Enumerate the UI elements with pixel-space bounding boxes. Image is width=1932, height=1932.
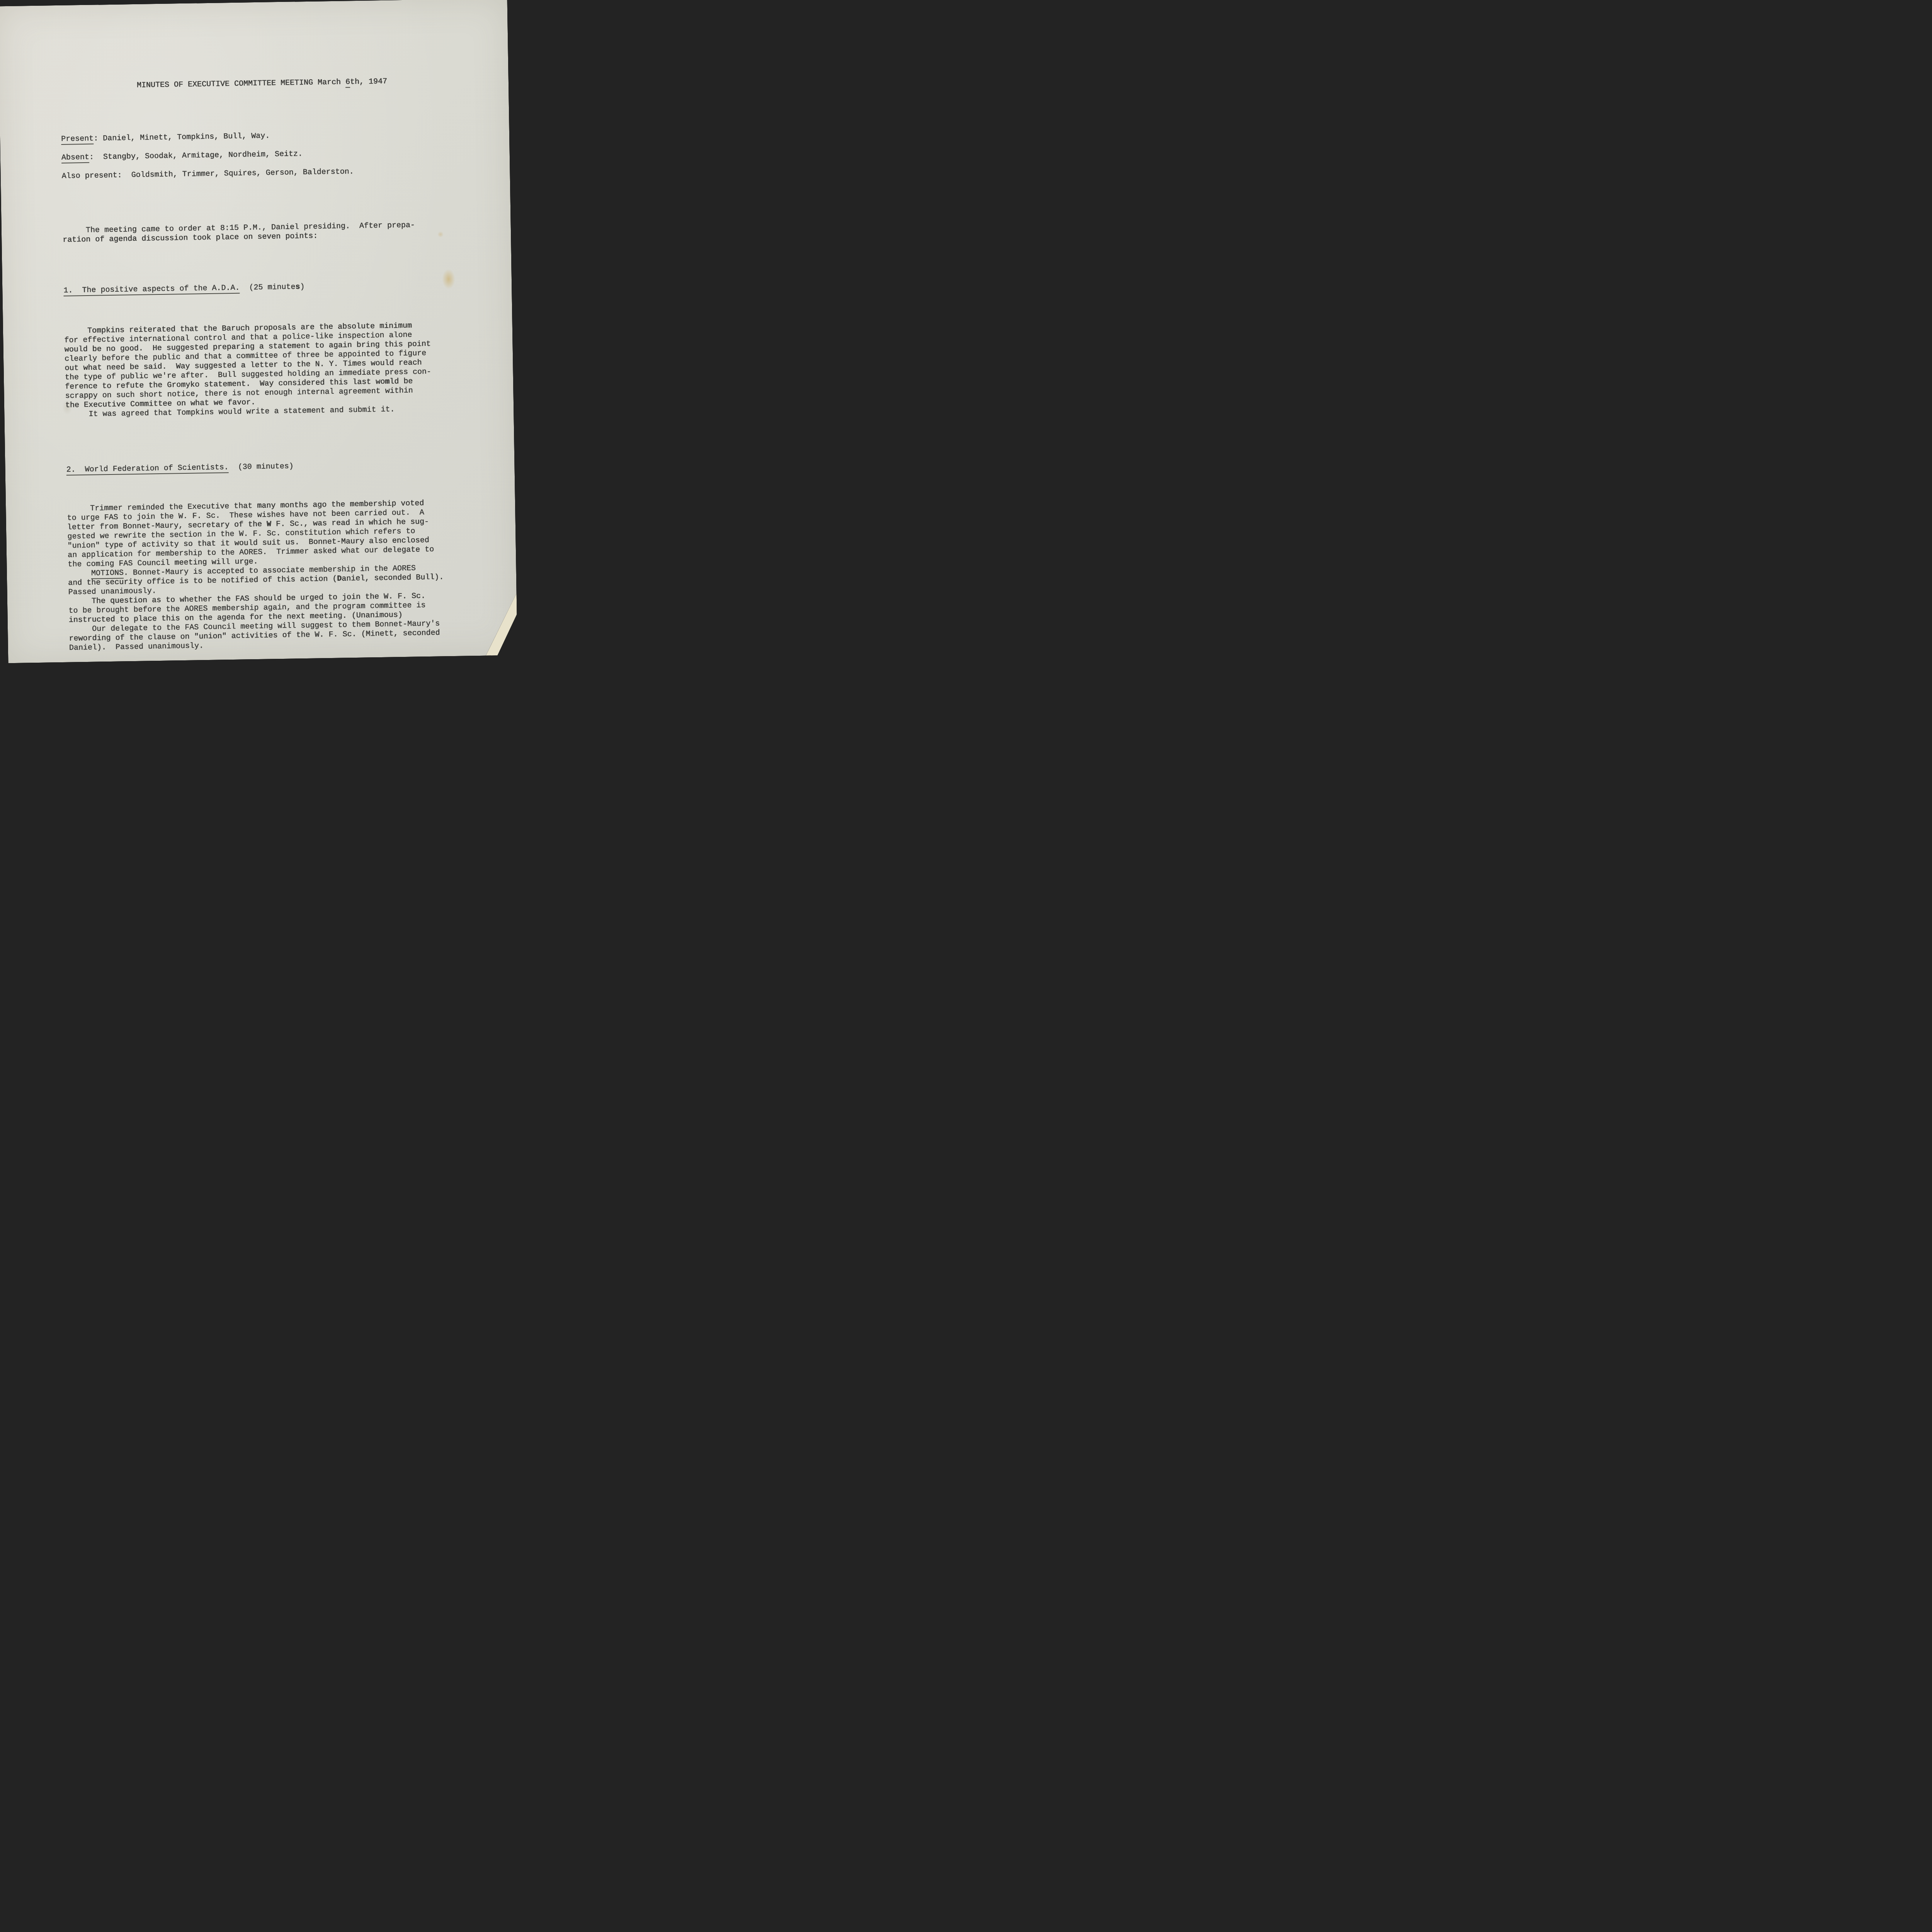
text-segment: D [337,575,342,583]
typewritten-content: MINUTES OF EXECUTIVE COMMITTEE MEETING M… [0,0,517,663]
text-segment: 6 [345,78,350,88]
text-line: Present: Daniel, Minett, Tompkins, Bull,… [61,128,509,145]
text-segment: 2. World Federation of Scientists. [66,463,228,476]
section-2-heading: 2. World Federation of Scientists. (30 m… [66,458,514,475]
paper-sheet: MINUTES OF EXECUTIVE COMMITTEE MEETING M… [0,0,517,663]
document-title: MINUTES OF EXECUTIVE COMMITTEE MEETING M… [137,75,509,91]
section-1-paragraph: Tompkins reiterated that the Baruch prop… [64,320,514,420]
section-2-paragraph: Trimmer reminded the Executive that many… [67,498,517,653]
text-segment: Absent [61,153,89,163]
text-segment: s [295,282,300,291]
text-segment: 1. The positive aspects of the A.D.A. [63,284,240,296]
text-segment: W [267,520,271,529]
text-segment: Present [61,134,94,145]
text-segment: m [385,378,389,386]
section-1-heading: 1. The positive aspects of the A.D.A. (2… [63,279,512,296]
text-line: Absent: Stangby, Soodak, Armitage, Nordh… [61,146,510,163]
intro-paragraph: The meeting came to order at 8:15 P.M., … [63,219,511,245]
attendance-list: Present: Daniel, Minett, Tompkins, Bull,… [61,128,510,182]
scanned-document-page: MINUTES OF EXECUTIVE COMMITTEE MEETING M… [0,0,519,668]
text-line: Also present: Goldsmith, Trimmer, Squire… [61,165,510,182]
